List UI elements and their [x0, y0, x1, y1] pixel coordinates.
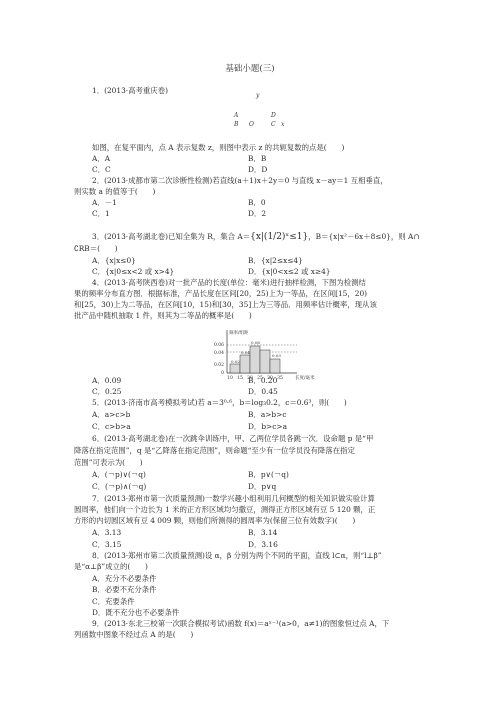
q1-option-b: B．B: [248, 154, 266, 164]
svg-text:0.02: 0.02: [231, 359, 240, 364]
q2-option-d: D．2: [248, 209, 266, 219]
bar-10-15: [230, 364, 240, 373]
axis-label-x: x: [281, 121, 284, 128]
q3-set-a: {x|(1/2)ˣ≤1}: [250, 232, 308, 242]
point-label-d: D: [271, 112, 276, 119]
q1-option-d: D．D: [248, 165, 267, 175]
q6-option-c: C．(￢p)∧(￢q): [92, 482, 146, 492]
svg-text:0.02: 0.02: [214, 362, 224, 368]
q4-line2: 果的频率分布直方图．根据标准，产品长度在区间[20，25)上为一等品，在区间[1…: [74, 289, 367, 299]
q6-option-d: D．p∨q: [248, 482, 276, 492]
bar-30-35: [270, 359, 280, 373]
q2-option-a: A．－1: [92, 198, 117, 208]
q7-option-c: C．3.15: [92, 540, 122, 550]
point-label-b: B: [234, 121, 238, 128]
bar-15-20: [240, 355, 250, 373]
q6-option-b: B．p∨(￢q): [248, 470, 289, 480]
q5-line1: 5．(2013·济南市高考模拟考试)若 a＝3⁰·⁶，b＝log₃0.2，c＝0…: [92, 398, 347, 408]
q2-line2: 则实数 a 的值等于( ): [74, 187, 155, 197]
svg-text:0.06: 0.06: [214, 342, 224, 348]
q5-option-a: A．a>c>b: [92, 410, 130, 420]
origin-label: O: [249, 121, 254, 128]
point-label-c: C: [271, 121, 276, 128]
svg-text:0.04: 0.04: [241, 350, 250, 355]
q3-line1-end: ，B＝{x|x²－6x＋8≤0}，则 A∩: [308, 232, 419, 241]
q8-line1: 8．(2013·郑州市第二次质量预测)设 α，β 分别为两个不同的平面，直线 l…: [92, 551, 382, 561]
q3-line1-start: 3．(2013·高考湖北卷)已知全集为 R，集合 A＝: [92, 232, 250, 241]
frequency-histogram: 频率/组距 0 0.02 0.04 0.06 0.02 0.04 0.06 0.…: [205, 328, 345, 380]
q9-line1: 9．(2013·东北三校第一次联合模拟考试)函数 f(x)＝aˣ⁻¹(a>0，a…: [92, 619, 389, 629]
q7-option-b: B．3.14: [248, 528, 277, 538]
page-title: 基础小题(三): [0, 62, 500, 74]
q3-option-b: B．{x|2≤x≤4}: [248, 256, 303, 266]
svg-text:0: 0: [221, 370, 224, 376]
svg-text:10: 10: [227, 375, 233, 380]
q7-line2: 圆周率，他们向一个边长为 1 米的正方形区域均匀撒豆，测得正方形区域有豆 5 1…: [74, 505, 375, 515]
q6-option-a: A．(￢p)∨(￢q): [92, 470, 146, 480]
q8-option-b: B．必要不充分条件: [92, 585, 157, 595]
q8-option-a: A．充分不必要条件: [92, 574, 156, 584]
q2-option-c: C．1: [92, 209, 110, 219]
q1-option-a: A．A: [92, 154, 110, 164]
point-label-a: A: [234, 112, 238, 119]
q8-option-c: C．充要条件: [92, 597, 135, 607]
svg-text:0.06: 0.06: [251, 340, 260, 345]
q4-option-a: A．0.09: [92, 376, 121, 386]
q7-line3: 方形的内切圆区域有豆 4 009 颗，则他们所测得的圆周率为(保留三位有效数字)…: [74, 516, 355, 526]
q9-line2: 列函数中图象不经过点 A 的是( ): [74, 630, 193, 640]
q6-line2: 降落在指定范围”，q 是“乙降落在指定范围”，则命题“至少有一位学员没有降落在指…: [74, 446, 355, 456]
q6-line3: 范围”可表示为( ): [74, 458, 143, 468]
q3-line1: 3．(2013·高考湖北卷)已知全集为 R，集合 A＝{x|(1/2)ˣ≤1}，…: [92, 232, 420, 242]
q5-option-c: C．c>b>a: [92, 422, 131, 432]
bar-25-30: [260, 350, 270, 373]
q7-option-d: D．3.16: [248, 540, 278, 550]
q6-line1: 6．(2013·高考湖北卷)在一次跳伞训练中，甲、乙两位学员各跳一次．设命题 p…: [92, 434, 373, 444]
svg-text:15: 15: [237, 375, 243, 380]
q8-line2: 是“α⊥β”成立的( ): [74, 562, 148, 572]
bar-20-25: [250, 346, 260, 373]
q1-option-c: C．C: [92, 165, 111, 175]
q1-stem: 如图，在复平面内，点 A 表示复数 z，则图中表示 z 的共轭复数的点是( ): [92, 143, 344, 153]
q4-option-b: B．0.20: [248, 376, 277, 386]
q4-line1: 4．(2013·高考陕西卷)对一批产品的长度(单位：毫米)进行抽样检测，下图为检…: [92, 278, 366, 288]
q3-option-c: C．{x|0≤x<2 或 x>4}: [92, 267, 174, 277]
q7-line1: 7．(2013·郑州市第一次质量预测)一数学兴趣小组利用几何概型的相关知识做实验…: [92, 494, 375, 504]
q4-line3: 和[25，30)上为二等品，在区间[10，15)和[30，35]上为三等品．用频…: [74, 300, 377, 310]
axis-label-y: y: [256, 92, 259, 99]
q2-option-b: B．0: [248, 198, 266, 208]
svg-text:35: 35: [277, 375, 283, 380]
q1-heading: 1．(2013·高考重庆卷): [92, 86, 168, 96]
q2-line1: 2．(2013·成都市第二次诊断性检测)若直线(a＋1)x＋2y＝0 与直线 x…: [92, 176, 388, 186]
document-page: 基础小题(三) 1．(2013·高考重庆卷) y A B O D C x 如图，…: [0, 0, 500, 707]
q5-option-d: D．b>c>a: [248, 422, 287, 432]
svg-text:0.03: 0.03: [272, 353, 281, 358]
q4-option-c: C．0.25: [92, 387, 122, 397]
q4-line4: 批产品中随机抽取 1 件，则其为二等品的概率是( ): [74, 311, 252, 321]
svg-text:0.04: 0.04: [214, 350, 224, 356]
q3-option-a: A．{x|x≤0}: [92, 256, 136, 266]
q8-option-d: D．既不充分也不必要条件: [92, 608, 179, 618]
q5-option-b: B．a>b>c: [248, 410, 286, 420]
y-axis-label: 频率/组距: [229, 329, 249, 336]
complex-plane-figure: y A B O D C x: [232, 92, 292, 132]
x-axis-label: 长度/毫米: [295, 374, 315, 380]
q3-line2: ∁RB＝( ): [74, 244, 118, 254]
q4-option-d: D．0.45: [248, 387, 278, 397]
q7-option-a: A．3.13: [92, 528, 121, 538]
q3-option-d: D．{x|0<x≤2 或 x≥4}: [248, 267, 331, 277]
